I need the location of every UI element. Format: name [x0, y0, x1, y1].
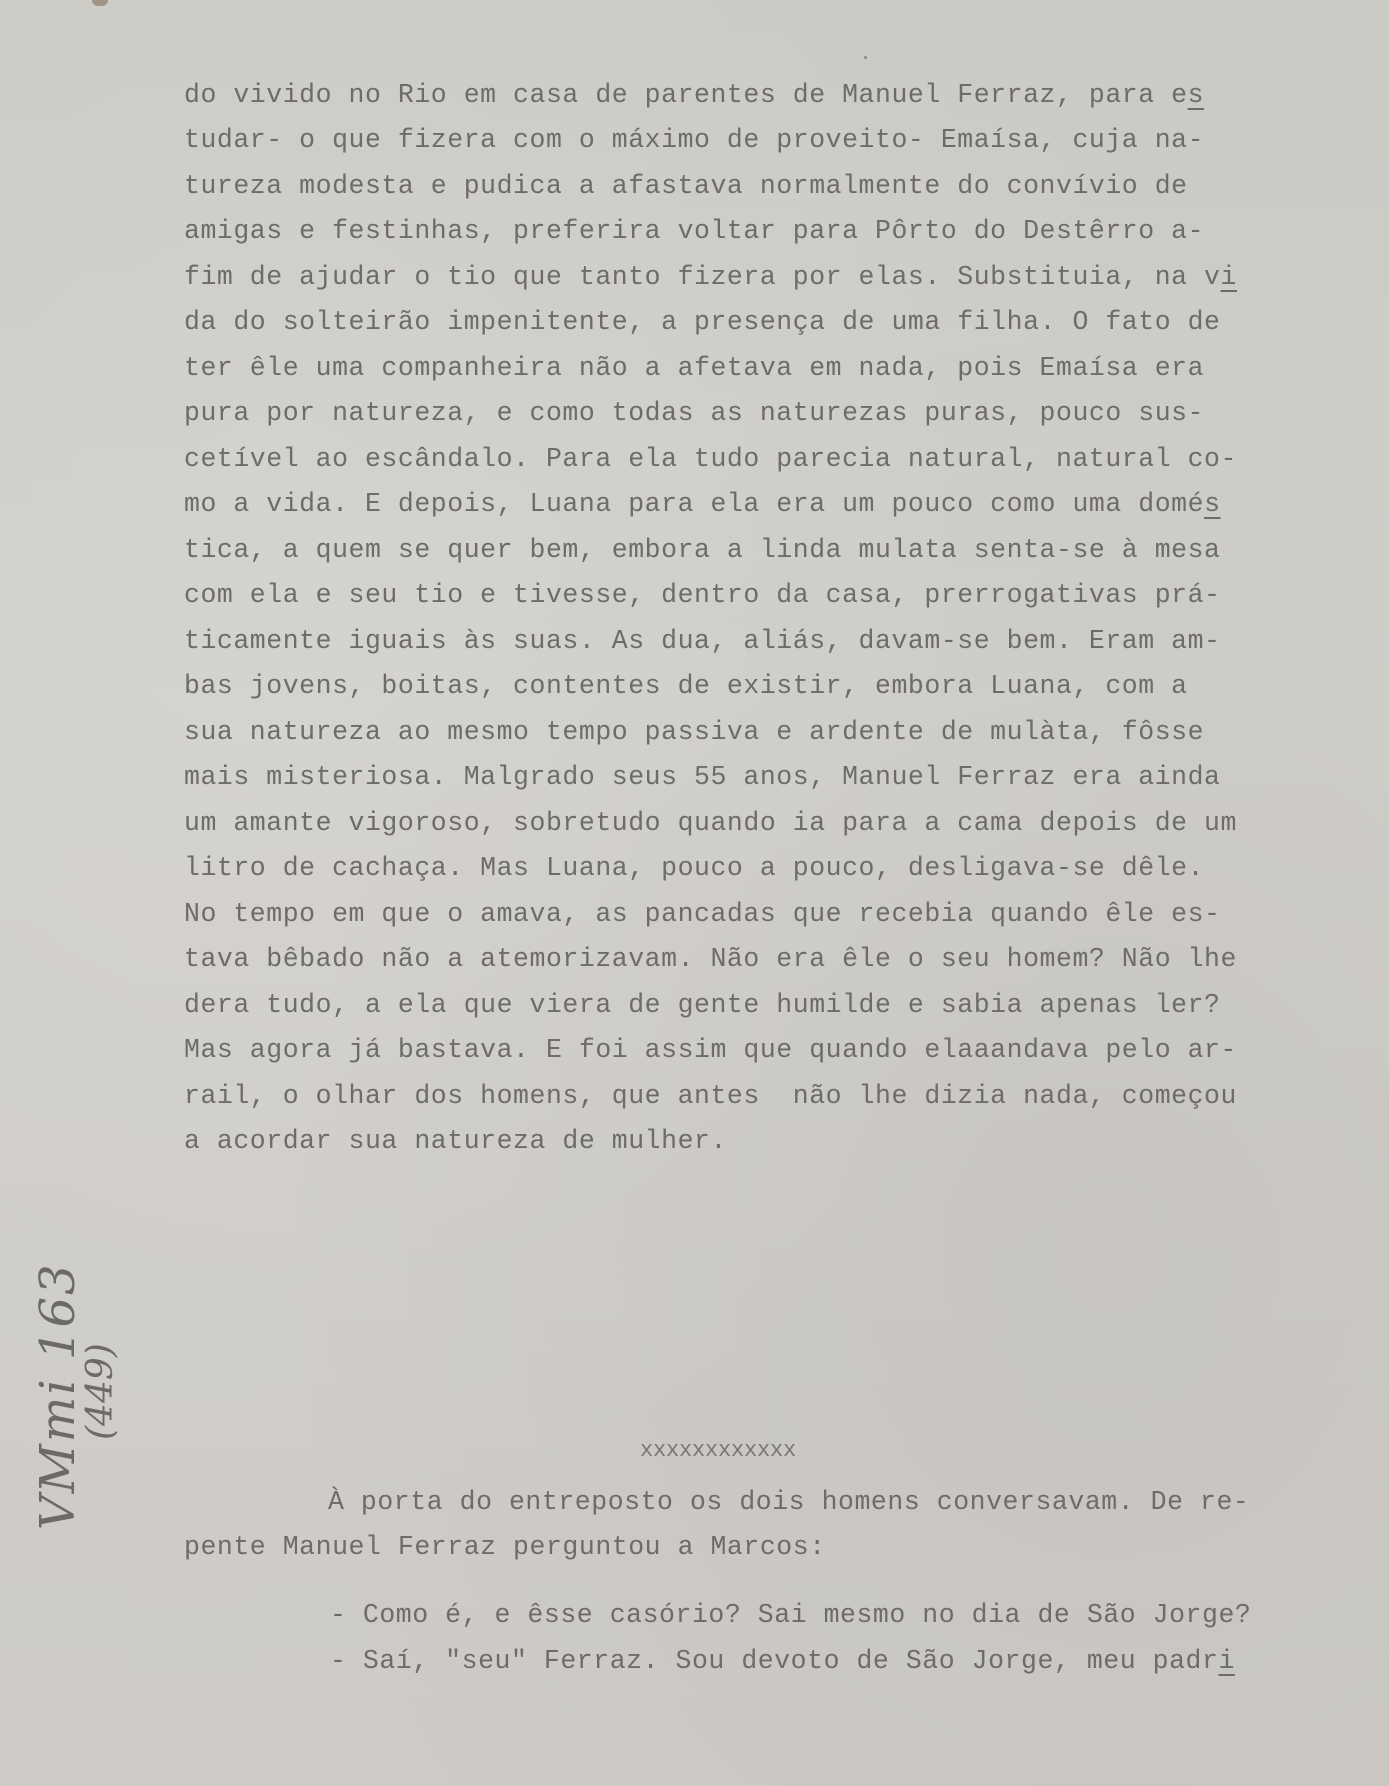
text-line-20: tava bêbado não a atemorizavam. Não era …: [184, 943, 1237, 975]
text-line-17: um amante vigoroso, sobretudo quando ia …: [184, 807, 1237, 839]
alt-number: (449): [80, 1343, 121, 1440]
text-line-1: do vivido no Rio em casa de parentes de …: [184, 79, 1204, 111]
call-number: VMmi 163: [30, 1262, 86, 1530]
dialogue-line-1: - Como é, e êsse casório? Sai mesmo no d…: [330, 1599, 1251, 1631]
handwritten-margin-note: VMmi 163 (449): [18, 1268, 158, 1538]
text-line-22: Mas agora já bastava. E foi assim que qu…: [184, 1034, 1237, 1066]
text-line-16: mais misteriosa. Malgrado seus 55 anos, …: [184, 761, 1221, 793]
text-line-24: a acordar sua natureza de mulher.: [184, 1125, 727, 1157]
text-line-23: rail, o olhar dos homens, que antes não …: [184, 1080, 1237, 1112]
text-line-11: tica, a quem se quer bem, embora a linda…: [184, 534, 1221, 566]
text-line-7: ter êle uma companheira não a afetava em…: [184, 352, 1204, 384]
text-line-18: litro de cachaça. Mas Luana, pouco a pou…: [184, 852, 1204, 884]
manuscript-page: do vivido no Rio em casa de parentes de …: [0, 0, 1389, 1786]
text-line-6: da do solteirão impenitente, a presença …: [184, 306, 1221, 338]
text-line-2: tudar- o que fizera com o máximo de prov…: [184, 124, 1204, 156]
text-line-15: sua natureza ao mesmo tempo passiva e ar…: [184, 716, 1204, 748]
text-line-10: mo a vida. E depois, Luana para ela era …: [184, 488, 1221, 520]
dialogue-line-2: - Saí, "seu" Ferraz. Sou devoto de São J…: [330, 1645, 1235, 1677]
paper-edge-mark: [92, 0, 108, 6]
text-line-4: amigas e festinhas, preferira voltar par…: [184, 215, 1204, 247]
text-line-3: tureza modesta e pudica a afastava norma…: [184, 170, 1188, 202]
text-line-12: com ela e seu tio e tivesse, dentro da c…: [184, 579, 1221, 611]
section-separator: xxxxxxxxxxxx: [640, 1437, 796, 1465]
paragraph2-line-2: pente Manuel Ferraz perguntou a Marcos:: [184, 1531, 826, 1563]
text-line-8: pura por natureza, e como todas as natur…: [184, 397, 1204, 429]
text-line-13: ticamente iguais às suas. As dua, aliás,…: [184, 625, 1221, 657]
paper-speck: [864, 56, 867, 59]
text-line-9: cetível ao escândalo. Para ela tudo pare…: [184, 443, 1237, 475]
text-line-14: bas jovens, boitas, contentes de existir…: [184, 670, 1188, 702]
text-line-19: No tempo em que o amava, as pancadas que…: [184, 898, 1221, 930]
text-line-21: dera tudo, a ela que viera de gente humi…: [184, 989, 1221, 1021]
paragraph2-line-1: À porta do entreposto os dois homens con…: [328, 1486, 1249, 1518]
text-line-5: fim de ajudar o tio que tanto fizera por…: [184, 261, 1237, 293]
